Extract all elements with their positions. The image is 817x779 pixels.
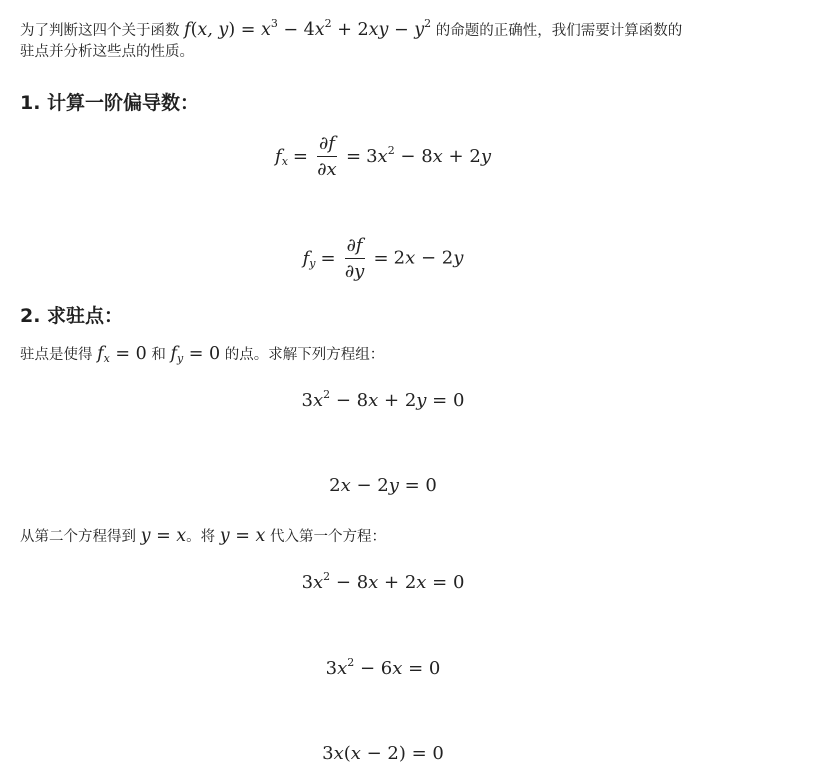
stationary-point-text: 驻点是使得 fx = 0 和 fy = 0 的点。求解下列方程组： bbox=[20, 340, 384, 373]
section-heading-2: 2. 求驻点： bbox=[20, 302, 123, 330]
equation-substituted: 3x2 − 8x + 2x = 0 bbox=[0, 570, 766, 593]
text-segment: 的点。求解下列方程组： bbox=[225, 347, 385, 363]
function-definition: f(x, y) = x3 − 4x2 + 2xy − y2 bbox=[184, 20, 431, 40]
math-fx-zero: fx = 0 bbox=[97, 344, 147, 364]
intro-text-post: 的命题的正确性，我们需要计算函数的 bbox=[436, 23, 683, 39]
text-segment: 。将 bbox=[186, 529, 215, 545]
intro-line2: 驻点并分析这些点的性质。 bbox=[20, 38, 194, 66]
equation-factored: 3x(x − 2) = 0 bbox=[0, 743, 766, 764]
equation-system-1: 3x2 − 8x + 2y = 0 bbox=[0, 388, 766, 411]
math-y-equals-x: y = x bbox=[220, 526, 266, 546]
equation-fy: fy=∂f∂y=2x − 2y bbox=[0, 235, 766, 282]
section-heading-1: 1. 计算一阶偏导数： bbox=[20, 89, 199, 117]
text-segment: 驻点是使得 bbox=[20, 347, 93, 363]
equation-system-2: 2x − 2y = 0 bbox=[0, 475, 766, 496]
equation-simplified: 3x2 − 6x = 0 bbox=[0, 656, 766, 679]
text-segment: 从第二个方程得到 bbox=[20, 529, 136, 545]
text-segment: 和 bbox=[151, 347, 166, 363]
text-segment: 代入第一个方程： bbox=[270, 529, 386, 545]
math-fy-zero: fy = 0 bbox=[170, 344, 220, 364]
math-y-equals-x: y = x bbox=[141, 526, 187, 546]
intro-text-pre: 为了判断这四个关于函数 bbox=[20, 23, 180, 39]
equation-fx: fx=∂f∂x=3x2 − 8x + 2y bbox=[0, 133, 766, 180]
substitution-text: 从第二个方程得到 y = x。将 y = x 代入第一个方程： bbox=[20, 522, 386, 551]
